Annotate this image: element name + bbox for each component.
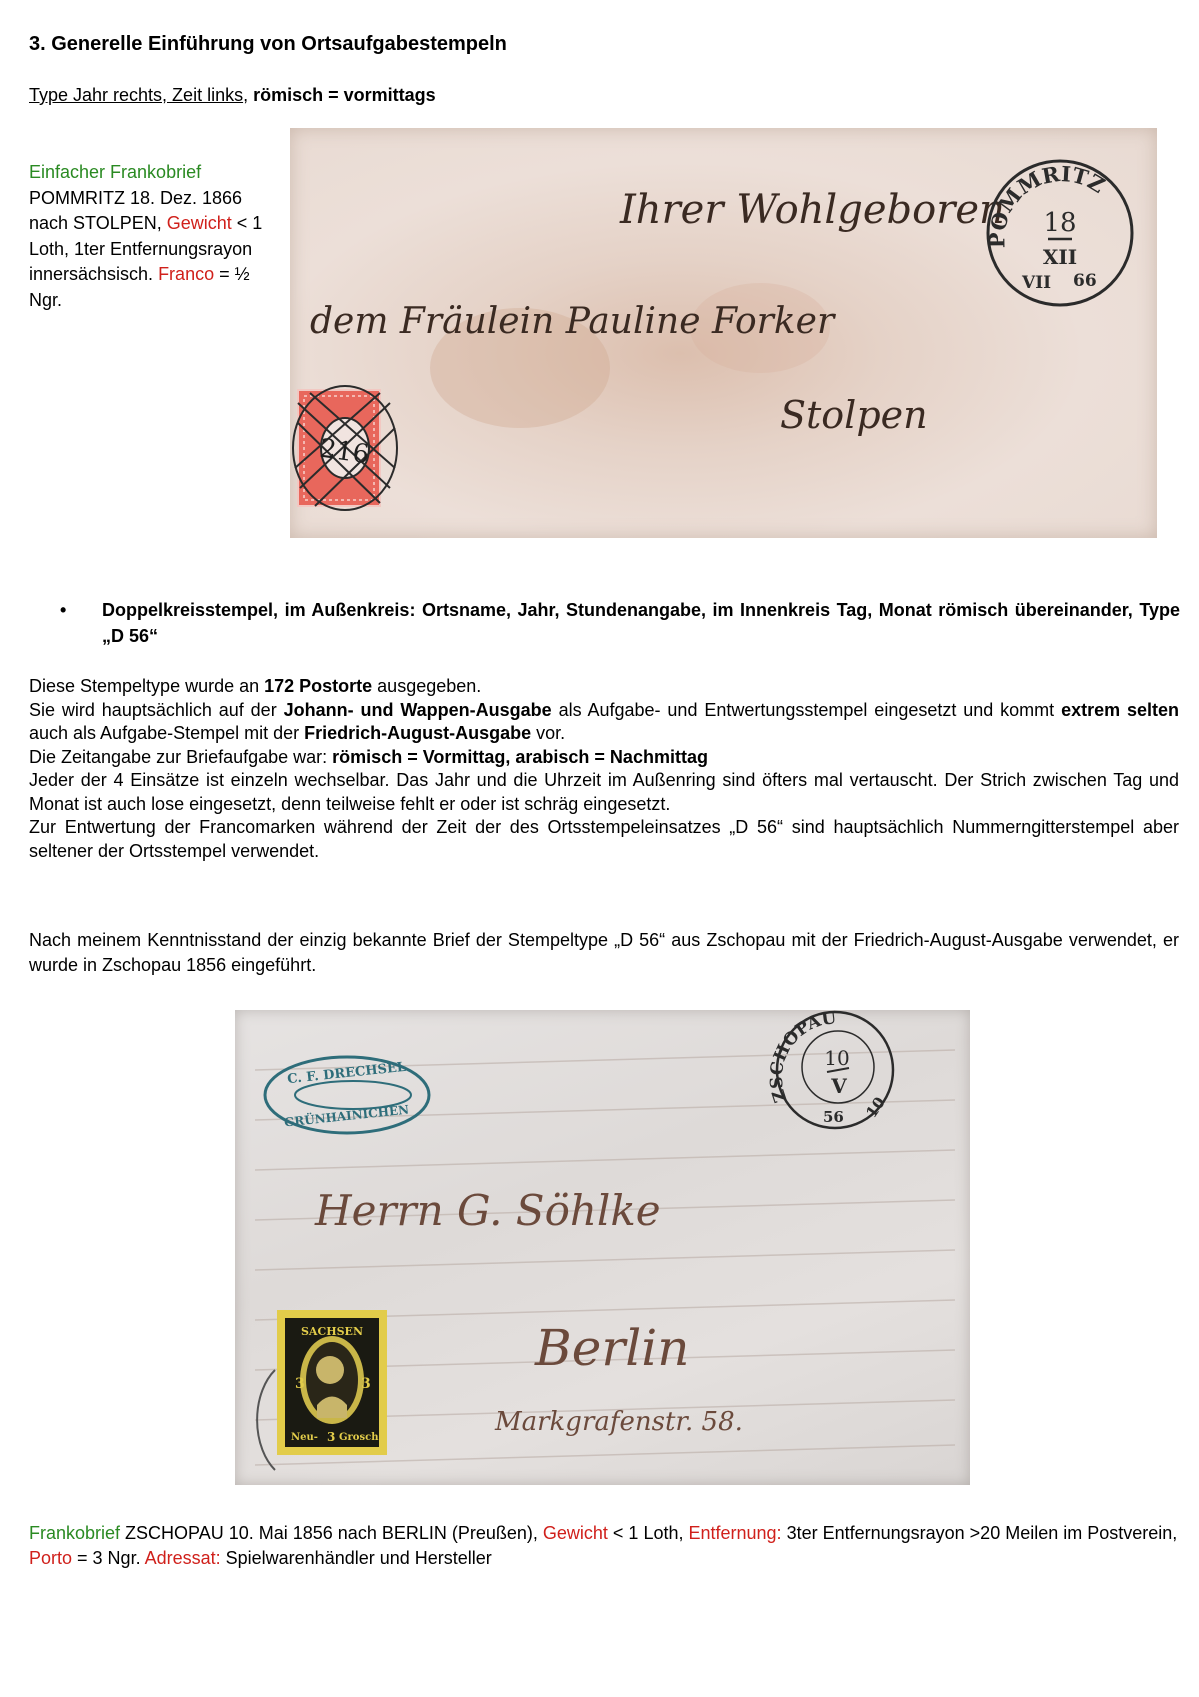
sender-oval-stamp: C. F. DRECHSEL GRÜNHAINICHEN xyxy=(265,1057,429,1133)
svg-text:66: 66 xyxy=(1073,271,1097,291)
type-subtitle: Type Jahr rechts, Zeit links, römisch = … xyxy=(29,85,436,106)
svg-text:Markgrafenstr. 58.: Markgrafenstr. 58. xyxy=(494,1407,743,1437)
para-line-time: Die Zeitangabe zur Briefaufgabe war: röm… xyxy=(29,746,1179,770)
svg-text:dem Fräulein Pauline Forker: dem Fräulein Pauline Forker xyxy=(310,301,836,342)
zschopau-postmark: ZSCHOPAU 10 V 56 10 xyxy=(767,1010,893,1128)
para-line-usage: Sie wird hauptsächlich auf der Johann- u… xyxy=(29,699,1179,746)
pommritz-postmark: POMMRITZ 18 XII VII 66 xyxy=(984,161,1132,305)
para-line-cancellation: Zur Entwertung der Francomarken während … xyxy=(29,816,1179,863)
svg-text:10: 10 xyxy=(824,1046,849,1070)
bullet-text: Doppelkreisstempel, im Außenkreis: Ortsn… xyxy=(102,597,1180,649)
para-line-inserts: Jeder der 4 Einsätze ist einzeln wechsel… xyxy=(29,769,1179,816)
cover1-type-label: Einfacher Frankobrief xyxy=(29,162,201,182)
svg-text:Stolpen: Stolpen xyxy=(780,393,928,437)
svg-text:VII: VII xyxy=(1021,273,1051,293)
cover1-illustration: Ihrer Wohlgeboren dem Fräulein Pauline F… xyxy=(290,128,1157,538)
sachsen-3-neugroschen-stamp: SACHSEN 3 3 Neu- 3 Grosch xyxy=(277,1310,387,1455)
cover1-franco-label: Franco xyxy=(158,264,214,284)
cover2-porto-label: Porto xyxy=(29,1548,72,1568)
svg-text:V: V xyxy=(830,1074,847,1098)
svg-text:56: 56 xyxy=(823,1108,844,1126)
cover1-handwriting: Ihrer Wohlgeboren dem Fräulein Pauline F… xyxy=(310,187,1005,437)
svg-text:3: 3 xyxy=(327,1430,335,1444)
cover1-weight-label: Gewicht xyxy=(167,213,232,233)
cover2-distance-label: Entfernung: xyxy=(688,1523,781,1543)
cover1-envelope-image: Ihrer Wohlgeboren dem Fräulein Pauline F… xyxy=(290,128,1157,538)
svg-text:Berlin: Berlin xyxy=(534,1319,689,1377)
description-paragraph: Diese Stempeltype wurde an 172 Postorte … xyxy=(29,675,1179,863)
para-line-postorte: Diese Stempeltype wurde an 172 Postorte … xyxy=(29,675,1179,699)
page-heading: 3. Generelle Einführung von Ortsaufgabes… xyxy=(29,33,507,56)
zschopau-paragraph: Nach meinem Kenntnisstand der einzig bek… xyxy=(29,928,1179,978)
svg-text:Grosch: Grosch xyxy=(339,1432,379,1443)
svg-text:XII: XII xyxy=(1043,245,1077,269)
svg-text:GRÜNHAINICHEN: GRÜNHAINICHEN xyxy=(283,1101,410,1130)
cover1-caption: Einfacher Frankobrief POMMRITZ 18. Dez. … xyxy=(29,160,264,313)
svg-text:Herrn G. Söhlke: Herrn G. Söhlke xyxy=(314,1186,661,1235)
bullet-dot: • xyxy=(60,597,66,623)
cover2-caption: Frankobrief ZSCHOPAU 10. Mai 1856 nach B… xyxy=(29,1521,1179,1571)
svg-text:Neu-: Neu- xyxy=(291,1432,318,1443)
svg-text:3: 3 xyxy=(361,1376,371,1392)
svg-text:3: 3 xyxy=(295,1376,305,1392)
cover2-weight-label: Gewicht xyxy=(543,1523,608,1543)
cover2-addressee-label: Adressat: xyxy=(145,1548,221,1568)
svg-text:18: 18 xyxy=(1043,208,1076,238)
cover2-type-label: Frankobrief xyxy=(29,1523,120,1543)
svg-text:SACHSEN: SACHSEN xyxy=(301,1325,363,1338)
cover2-letter-image: C. F. DRECHSEL GRÜNHAINICHEN ZSCHOPAU 10… xyxy=(235,1010,970,1485)
cover2-illustration: C. F. DRECHSEL GRÜNHAINICHEN ZSCHOPAU 10… xyxy=(235,1010,970,1485)
stamp-type-bullet: • Doppelkreisstempel, im Außenkreis: Ort… xyxy=(60,597,1180,649)
subtitle-bold: römisch = vormittags xyxy=(253,85,436,105)
subtitle-type: Type Jahr rechts, Zeit links xyxy=(29,85,243,105)
subtitle-separator: , xyxy=(243,85,253,105)
svg-text:Ihrer Wohlgeboren: Ihrer Wohlgeboren xyxy=(619,187,1005,233)
